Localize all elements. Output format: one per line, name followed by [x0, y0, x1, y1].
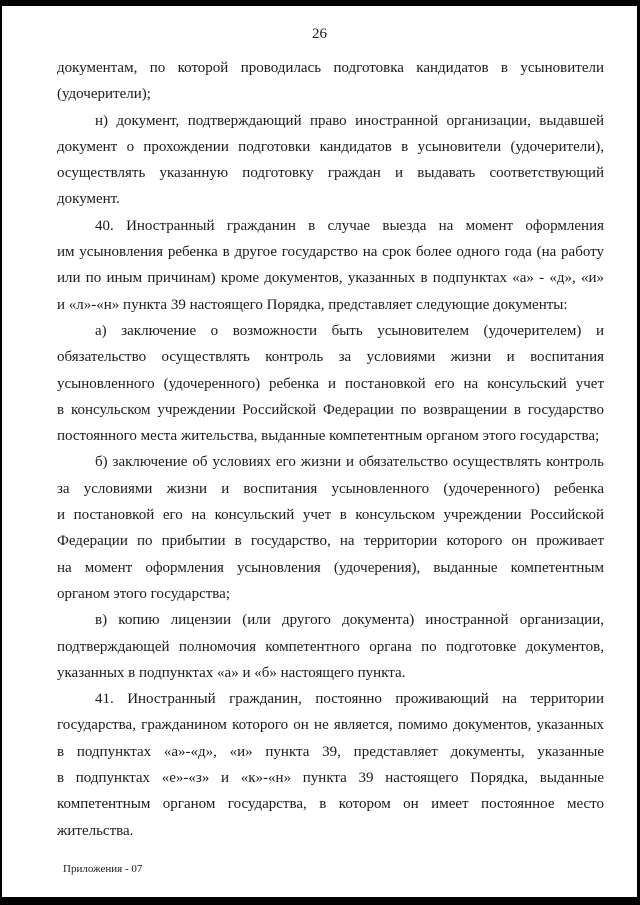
paragraph: документам, по которой проводилась подго… [57, 55, 604, 108]
paragraph: 40. Иностранный гражданин в случае выезд… [57, 213, 604, 318]
text-line: или по иным причинам) кроме документов, … [57, 265, 604, 291]
text-line: обязательство осуществлять контроль за у… [57, 344, 604, 370]
text-line: усыновленного (удочеренного) ребенка и п… [57, 371, 604, 397]
text-line: за условиями жизни и воспитания усыновле… [57, 476, 604, 502]
paragraph: в) копию лицензии (или другого документа… [57, 607, 604, 686]
text-line: указанных в подпунктах «а» и «б» настоящ… [57, 660, 604, 686]
text-line: органом этого государства; [57, 581, 604, 607]
text-line: 40. Иностранный гражданин в случае выезд… [57, 213, 604, 239]
text-line: документ о прохождении подготовки кандид… [57, 134, 604, 160]
text-line: государства, гражданином которого он не … [57, 712, 604, 738]
text-line: жительства. [57, 818, 604, 844]
document-page: 26 документам, по которой проводилась по… [2, 6, 637, 897]
text-line: н) документ, подтверждающий право иностр… [57, 108, 604, 134]
text-line: 41. Иностранный гражданин, постоянно про… [57, 686, 604, 712]
scanned-page-frame: { "page": { "number": "26", "footer": "П… [0, 0, 640, 905]
text-line: в подпунктах «а»-«д», «и» пункта 39, пре… [57, 739, 604, 765]
text-line: в) копию лицензии (или другого документа… [57, 607, 604, 633]
text-line: б) заключение об условиях его жизни и об… [57, 449, 604, 475]
text-line: (удочерители); [57, 81, 604, 107]
text-line: постоянного места жительства, выданные к… [57, 423, 604, 449]
text-line: в консульском учреждении Российской Феде… [57, 397, 604, 423]
text-line: подтверждающей полномочия компетентного … [57, 634, 604, 660]
paragraph: н) документ, подтверждающий право иностр… [57, 108, 604, 213]
text-line: Федерации по прибытии в государство, на … [57, 528, 604, 554]
text-line: компетентным органом государства, в кото… [57, 791, 604, 817]
text-line: в подпунктах «е»-«з» и «к»-«н» пункта 39… [57, 765, 604, 791]
text-line: им усыновления ребенка в другое государс… [57, 239, 604, 265]
document-body: документам, по которой проводилась подго… [57, 55, 604, 844]
paragraph: б) заключение об условиях его жизни и об… [57, 449, 604, 607]
page-number: 26 [2, 6, 637, 43]
text-line: документ. [57, 186, 604, 212]
text-line: осуществлять указанную подготовку гражда… [57, 160, 604, 186]
text-line: на момент оформления усыновления (удочер… [57, 555, 604, 581]
text-line: и постановкой его на консульский учет в … [57, 502, 604, 528]
paragraph: а) заключение о возможности быть усынови… [57, 318, 604, 449]
paragraph: 41. Иностранный гражданин, постоянно про… [57, 686, 604, 844]
text-line: а) заключение о возможности быть усынови… [57, 318, 604, 344]
text-line: и «л»-«н» пункта 39 настоящего Порядка, … [57, 292, 604, 318]
footer-note: Приложения - 07 [63, 863, 142, 875]
text-line: документам, по которой проводилась подго… [57, 55, 604, 81]
